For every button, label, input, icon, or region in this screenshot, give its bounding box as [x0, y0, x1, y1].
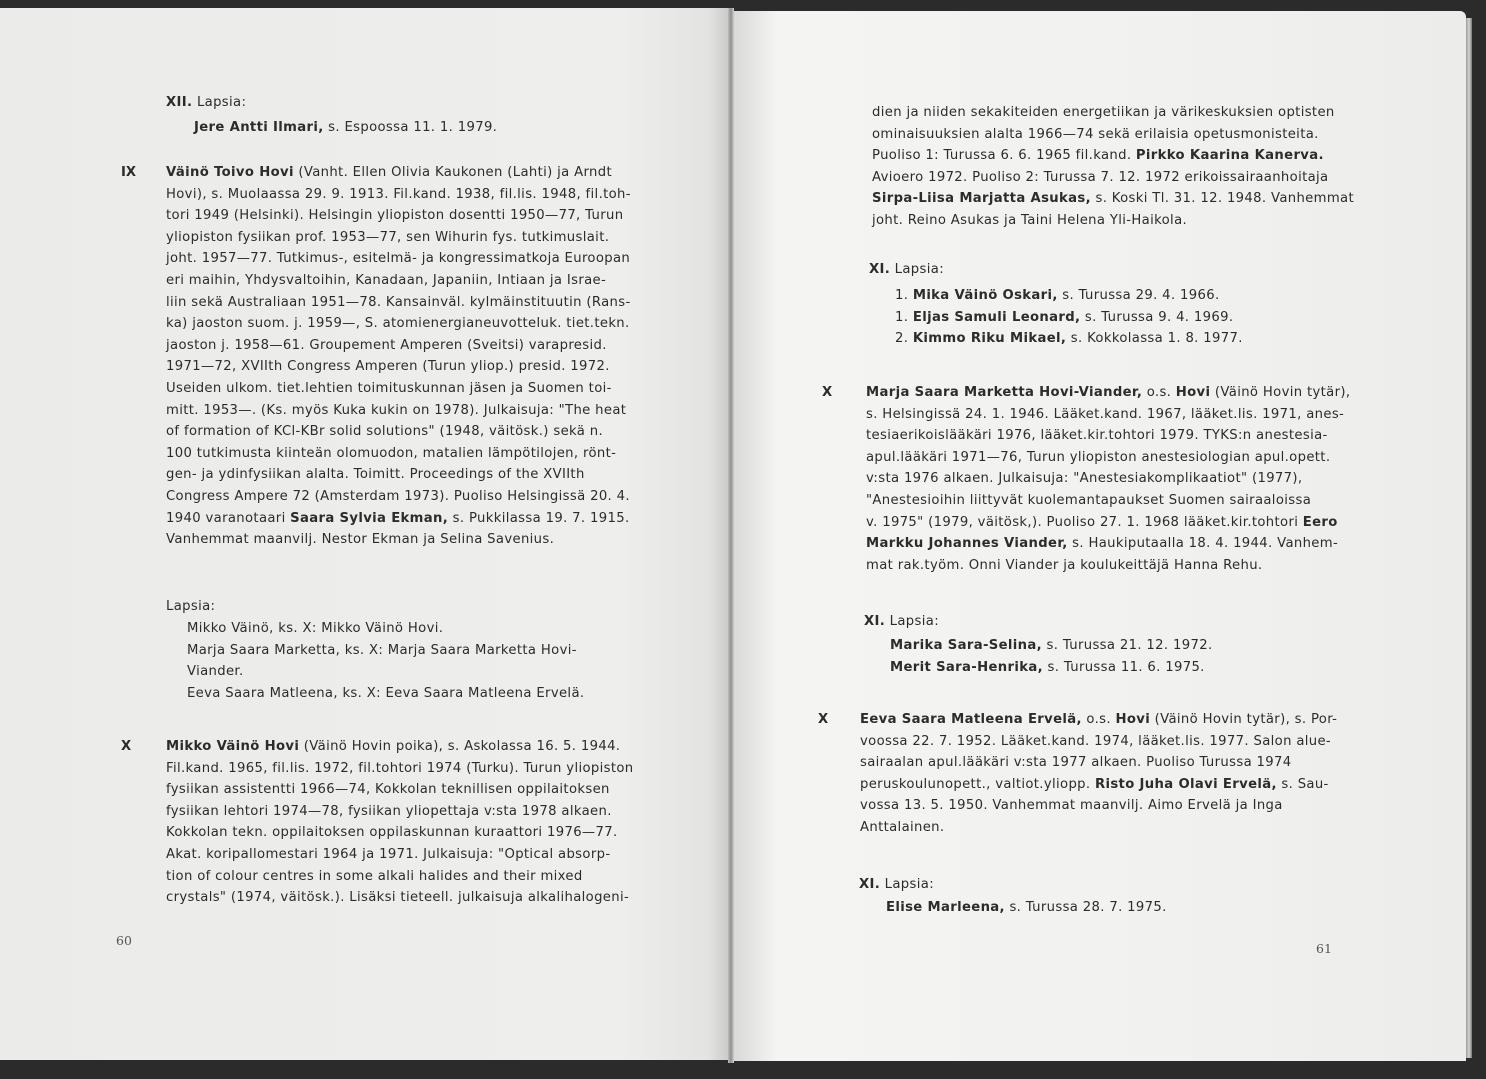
child-info: s. Turussa 9. 4. 1969.: [1080, 310, 1233, 325]
bio-line: Hovi), s. Muolaassa 29. 9. 1913. Fil.kan…: [166, 184, 638, 206]
child-number: 2.: [895, 331, 908, 346]
child-name: Merit Sara-Henrika,: [890, 660, 1043, 675]
bio-text: s. Sau-: [1277, 777, 1329, 792]
child-info: s. Espoossa 11. 1. 1979.: [324, 120, 498, 135]
generation-label: XI.: [859, 877, 880, 892]
bio-line: s. Pukkilassa 19. 7. 1915.: [448, 511, 629, 526]
bio-line: gen- ja ydinfysiikan alalta. Toimitt. Pr…: [166, 464, 638, 486]
child-name: Elise Marleena,: [886, 900, 1005, 915]
children-label: Lapsia:: [880, 877, 934, 892]
biography-marja: Marja Saara Marketta Hovi-Viander, o.s. …: [866, 382, 1346, 576]
spouse-name: Markku Johannes Viander,: [866, 536, 1068, 551]
child-reference: Eeva Saara Matleena, ks. X: Eeva Saara M…: [187, 683, 639, 705]
bio-line: vossa 13. 5. 1950. Vanhemmat maanvilj. A…: [860, 795, 1338, 817]
child-name: Mika Väinö Oskari,: [913, 288, 1058, 303]
child-number: 1.: [895, 288, 908, 303]
child-entry: 2. Kimmo Riku Mikael, s. Kokkolassa 1. 8…: [895, 328, 1243, 350]
bio-line: jaoston j. 1958—61. Groupement Amperen (…: [166, 335, 638, 357]
child-reference: Mikko Väinö, ks. X: Mikko Väinö Hovi.: [187, 618, 639, 640]
child-entry: Marika Sara-Selina, s. Turussa 21. 12. 1…: [890, 635, 1213, 657]
bio-line: apul.lääkäri 1971—76, Turun yliopiston a…: [866, 447, 1346, 469]
person-name: Marja Saara Marketta Hovi-Viander,: [866, 385, 1142, 400]
bio-line: Avioero 1972. Puoliso 2: Turussa 7. 12. …: [872, 167, 1346, 189]
child-entry: Jere Antti Ilmari, s. Espoossa 11. 1. 19…: [194, 117, 497, 139]
children-list: 1. Mika Väinö Oskari, s. Turussa 29. 4. …: [895, 285, 1243, 350]
maiden-name: Hovi: [1115, 712, 1150, 727]
bio-text: (Väinö Hovin tytär),: [1210, 385, 1350, 400]
bio-line: 100 tutkimusta kiinteän olomuodon, matal…: [166, 443, 638, 465]
generation-marker: X: [822, 385, 832, 400]
child-reference: Marja Saara Marketta, ks. X: Marja Saara…: [187, 640, 639, 662]
bio-text: o.s.: [1082, 712, 1116, 727]
children-list: Mikko Väinö, ks. X: Mikko Väinö Hovi. Ma…: [187, 618, 639, 704]
bio-line: Vanhemmat maanvilj. Nestor Ekman ja Seli…: [166, 529, 638, 551]
bio-line: Useiden ulkom. tiet.lehtien toimituskunn…: [166, 378, 638, 400]
bio-line: 1971—72, XVIIth Congress Amperen (Turun …: [166, 356, 638, 378]
bio-line: dien ja niiden sekakiteiden energetiikan…: [872, 102, 1346, 124]
child-info: s. Turussa 28. 7. 1975.: [1005, 900, 1167, 915]
child-number: 1.: [895, 310, 908, 325]
child-entry: 1. Mika Väinö Oskari, s. Turussa 29. 4. …: [895, 285, 1243, 307]
biography-mikko: Mikko Väinö Hovi (Väinö Hovin poika), s.…: [166, 736, 638, 909]
generation-marker: X: [818, 712, 828, 727]
spouse-name: Eero: [1303, 515, 1338, 530]
bio-line: Puoliso 1: Turussa 6. 6. 1965 fil.kand.: [872, 148, 1136, 163]
bio-line: tesiaerikoislääkäri 1976, lääket.kir.toh…: [866, 425, 1346, 447]
bio-line: v:sta 1976 alkaen. Julkaisuja: "Anestesi…: [866, 468, 1346, 490]
bio-line: mitt. 1953—. (Ks. myös Kuka kukin on 197…: [166, 400, 638, 422]
bio-line: tion of colour centres in some alkali ha…: [166, 866, 638, 888]
child-info: s. Turussa 11. 6. 1975.: [1043, 660, 1205, 675]
spouse-name: Pirkko Kaarina Kanerva.: [1136, 148, 1324, 163]
generation-marker: X: [121, 739, 131, 754]
bio-line: mat rak.työm. Onni Viander ja koulukeitt…: [866, 555, 1346, 577]
bio-line: voossa 22. 7. 1952. Lääket.kand. 1974, l…: [860, 731, 1338, 753]
child-entry: 1. Eljas Samuli Leonard, s. Turussa 9. 4…: [895, 307, 1243, 329]
bio-line: "Anestesioihin liittyvät kuolemantapauks…: [866, 490, 1346, 512]
bio-text: peruskoulunopett., valtiot.yliopp.: [860, 777, 1095, 792]
child-name: Marika Sara-Selina,: [890, 638, 1042, 653]
child-info: s. Turussa 21. 12. 1972.: [1042, 638, 1212, 653]
biography-eeva: Eeva Saara Matleena Ervelä, o.s. Hovi (V…: [860, 709, 1338, 839]
child-info: s. Kokkolassa 1. 8. 1977.: [1066, 331, 1243, 346]
children-label: Lapsia:: [885, 614, 939, 629]
children-block-xii: XII. Lapsia:: [166, 92, 246, 114]
children-heading: XI. Lapsia:: [869, 259, 944, 281]
person-name: Väinö Toivo Hovi: [166, 165, 294, 180]
bio-line: Akat. koripallomestari 1964 ja 1971. Jul…: [166, 844, 638, 866]
bio-line: sairaalan apul.lääkäri v:sta 1977 alkaen…: [860, 752, 1338, 774]
bio-line: Congress Ampere 72 (Amsterdam 1973). Puo…: [166, 486, 638, 508]
bio-line: eri maihin, Yhdysvaltoihin, Kanadaan, Ja…: [166, 270, 638, 292]
bio-line: of formation of KCl-KBr solid solutions"…: [166, 421, 638, 443]
bio-line: ominaisuuksien alalta 1966—74 sekä erila…: [872, 124, 1346, 146]
bio-line: Anttalainen.: [860, 817, 1338, 839]
spouse-name: Saara Sylvia Ekman,: [290, 511, 448, 526]
child-name: Eljas Samuli Leonard,: [913, 310, 1081, 325]
bio-line: (Vanht. Ellen Olivia Kaukonen (Lahti) ja…: [294, 165, 612, 180]
bio-line: ka) jaoston suom. j. 1959—, S. atomiener…: [166, 313, 638, 335]
biography-continuation: dien ja niiden sekakiteiden energetiikan…: [872, 102, 1346, 232]
children-heading: XI. Lapsia:: [859, 874, 934, 896]
biography-vaino: Väinö Toivo Hovi (Vanht. Ellen Olivia Ka…: [166, 162, 638, 551]
child-reference: Viander.: [187, 661, 639, 683]
children-label: Lapsia:: [166, 596, 215, 618]
bio-line: fysiikan assistentti 1966—74, Kokkolan t…: [166, 779, 638, 801]
bio-line: 1940 varanotaari: [166, 511, 290, 526]
children-list: Elise Marleena, s. Turussa 28. 7. 1975.: [886, 897, 1167, 919]
bio-text: (Väinö Hovin tytär), s. Por-: [1150, 712, 1337, 727]
bio-line: fysiikan lehtori 1974—78, fysiikan yliop…: [166, 801, 638, 823]
maiden-name: Hovi: [1176, 385, 1211, 400]
bio-line: crystals" (1974, väitösk.). Lisäksi tiet…: [166, 887, 638, 909]
page-edge: [1466, 18, 1472, 1058]
page-number-right: 61: [1316, 941, 1332, 956]
bio-line: s. Koski Tl. 31. 12. 1948. Vanhemmat: [1091, 191, 1354, 206]
bio-text: o.s.: [1142, 385, 1176, 400]
bio-text: v. 1975" (1979, väitösk,). Puoliso 27. 1…: [866, 515, 1303, 530]
generation-label: XI.: [864, 614, 885, 629]
spouse-name: Risto Juha Olavi Ervelä,: [1095, 777, 1277, 792]
children-heading: XI. Lapsia:: [864, 611, 939, 633]
bio-line: joht. Reino Asukas ja Taini Helena Yli-H…: [872, 210, 1346, 232]
child-entry: Elise Marleena, s. Turussa 28. 7. 1975.: [886, 897, 1167, 919]
generation-label: XI.: [869, 262, 890, 277]
child-name: Kimmo Riku Mikael,: [913, 331, 1066, 346]
child-name: Jere Antti Ilmari,: [194, 120, 324, 135]
bio-line: Kokkolan tekn. oppilaitoksen oppilaskunn…: [166, 822, 638, 844]
person-name: Mikko Väinö Hovi: [166, 739, 299, 754]
bio-line: liin sekä Australiaan 1951—78. Kansainvä…: [166, 292, 638, 314]
bio-text: s. Haukiputaalla 18. 4. 1944. Vanhem-: [1068, 536, 1338, 551]
generation-label: XII.: [166, 95, 192, 110]
children-label: Lapsia:: [197, 95, 246, 110]
generation-marker: IX: [121, 165, 136, 180]
children-label: Lapsia:: [890, 262, 944, 277]
page-number-left: 60: [116, 933, 132, 948]
bio-line: (Väinö Hovin poika), s. Askolassa 16. 5.…: [299, 739, 620, 754]
child-info: s. Turussa 29. 4. 1966.: [1058, 288, 1220, 303]
bio-line: tori 1949 (Helsinki). Helsingin yliopist…: [166, 205, 638, 227]
children-list: Marika Sara-Selina, s. Turussa 21. 12. 1…: [890, 635, 1213, 678]
person-name: Eeva Saara Matleena Ervelä,: [860, 712, 1082, 727]
bio-line: Fil.kand. 1965, fil.lis. 1972, fil.tohto…: [166, 758, 638, 780]
spouse-name: Sirpa-Liisa Marjatta Asukas,: [872, 191, 1091, 206]
bio-line: s. Helsingissä 24. 1. 1946. Lääket.kand.…: [866, 404, 1346, 426]
bio-line: yliopiston fysiikan prof. 1953—77, sen W…: [166, 227, 638, 249]
bio-line: joht. 1957—77. Tutkimus-, esitelmä- ja k…: [166, 248, 638, 270]
book-gutter: [728, 8, 734, 1063]
child-entry: Merit Sara-Henrika, s. Turussa 11. 6. 19…: [890, 657, 1213, 679]
